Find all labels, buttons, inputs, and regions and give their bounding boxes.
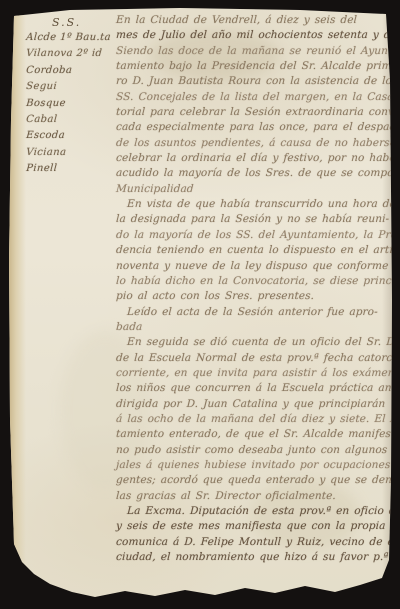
manuscript-line: dencia teniendo en cuenta lo dispuesto e… xyxy=(116,244,393,259)
manuscript-line: lo había dicho en la Convocatoria, se di… xyxy=(116,275,393,290)
manuscript-line: En seguida se dió cuenta de un oficio de… xyxy=(116,336,393,351)
manuscript-line: torial para celebrar la Sesión extraordi… xyxy=(116,106,393,121)
manuscript-line: los niños que concurren á la Escuela prá… xyxy=(116,382,393,397)
manuscript-line: celebrar la ordinaria el día y festivo, … xyxy=(116,152,393,167)
manuscript-line: la designada para la Sesión y no se habí… xyxy=(116,213,393,228)
attendee-name: Alcde 1º Bau.ta xyxy=(25,32,118,48)
manuscript-line: pio al acto con los Sres. presentes. xyxy=(116,290,393,305)
attendee-name: Pinell xyxy=(25,163,118,179)
attendee-name: Escoda xyxy=(25,130,118,146)
manuscript-line: gentes; acordó que queda enterado y que … xyxy=(116,474,393,489)
page-edge xyxy=(0,0,26,609)
manuscript-line: de los asuntos pendientes, á causa de no… xyxy=(116,137,393,152)
manuscript-line: á las ocho de la mañana del día diez y s… xyxy=(116,413,393,428)
scan-background: S.S. Alcde 1º Bau.taVilanova 2º idCordob… xyxy=(0,0,400,609)
manuscript-line: de la Escuela Normal de esta prov.ª fech… xyxy=(116,352,393,367)
manuscript-line: En la Ciudad de Vendrell, á diez y seis … xyxy=(116,14,393,29)
attendee-name: Segui xyxy=(25,81,118,97)
manuscript-line: Siendo las doce de la mañana se reunió e… xyxy=(116,45,393,60)
manuscript-body: En la Ciudad de Vendrell, á diez y seis … xyxy=(116,14,392,566)
attendees-header: S.S. xyxy=(52,16,118,29)
attendee-name: Bosque xyxy=(25,98,118,114)
margin-attendees-list: Alcde 1º Bau.taVilanova 2º idCordobaSegu… xyxy=(26,32,118,180)
manuscript-line: ciudad, el nombramiento que hizo á su fa… xyxy=(116,551,393,566)
manuscript-line: SS. Concejales de la lista del margen, e… xyxy=(116,91,393,106)
attendee-name: Vilanova 2º id xyxy=(25,48,118,64)
manuscript-line: bada xyxy=(116,321,393,336)
manuscript-line: tamiento enterado, de que el Sr. Alcalde… xyxy=(116,428,393,443)
manuscript-line: noventa y nueve de la ley dispuso que co… xyxy=(116,260,393,275)
manuscript-line: do la mayoría de los SS. del Ayuntamient… xyxy=(116,229,393,244)
attendee-name: Viciana xyxy=(25,147,118,163)
manuscript-line: Leído el acta de la Sesión anterior fue … xyxy=(116,306,393,321)
manuscript-line: acudido la mayoría de los Sres. de que s… xyxy=(116,167,393,182)
attendee-name: Cordoba xyxy=(25,65,118,81)
manuscript-line: dirigida por D. Juan Catalina y que prin… xyxy=(116,398,393,413)
manuscript-line: tamiento bajo la Presidencia del Sr. Alc… xyxy=(116,60,393,75)
manuscript-line: no pudo asistir como deseaba junto con a… xyxy=(116,444,393,459)
manuscript-page: S.S. Alcde 1º Bau.taVilanova 2º idCordob… xyxy=(0,0,400,609)
manuscript-line: cada especialmente para las once, para e… xyxy=(116,121,393,136)
manuscript-line: comunica á D. Felipe Montull y Ruiz, vec… xyxy=(116,536,393,551)
manuscript-line: Municipalidad xyxy=(116,183,393,198)
manuscript-line: La Excma. Diputación de esta prov.ª en o… xyxy=(116,505,393,520)
attendee-name: Cabal xyxy=(25,114,118,130)
margin-attendees: S.S. Alcde 1º Bau.taVilanova 2º idCordob… xyxy=(26,16,118,180)
manuscript-line: mes de Julio del año mil ochocientos set… xyxy=(116,29,393,44)
manuscript-line: ro D. Juan Bautista Roura con la asisten… xyxy=(116,75,393,90)
manuscript-line: y seis de este mes manifiesta que con la… xyxy=(116,520,393,535)
manuscript-line: jales á quienes hubiese invitado por ocu… xyxy=(116,459,393,474)
manuscript-line: corriente, en que invita para asistir á … xyxy=(116,367,393,382)
manuscript-line: En vista de que había transcurrido una h… xyxy=(116,198,393,213)
manuscript-line: las gracias al Sr. Director oficialmente… xyxy=(116,490,393,505)
